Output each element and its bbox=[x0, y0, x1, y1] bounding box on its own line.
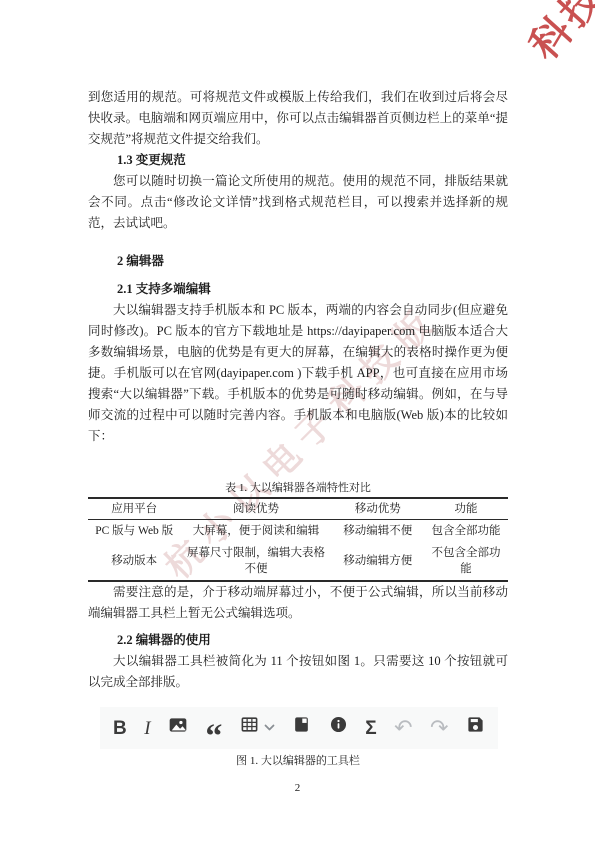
toolbar-figure: B I “ bbox=[100, 707, 498, 749]
table-icon bbox=[240, 715, 259, 741]
paragraph-change-spec: 您可以随时切换一篇论文所使用的规范。使用的规范不同，排版结果就会不同。点击“修改… bbox=[88, 171, 508, 234]
page-number: 2 bbox=[0, 782, 595, 794]
paragraph-continuation: 到您适用的规范。可将规范文件或模版上传给我们，我们在收到过后将会尽快收录。电脑端… bbox=[88, 87, 508, 150]
corner-stamp-watermark: 科技 bbox=[514, 0, 595, 70]
formula-button: Σ bbox=[365, 715, 376, 741]
section-heading-2-1: 2.1 支持多端编辑 bbox=[88, 279, 508, 300]
table-header-platform: 应用平台 bbox=[88, 498, 180, 520]
italic-button: I bbox=[144, 715, 150, 741]
section-heading-2-2: 2.2 编辑器的使用 bbox=[88, 630, 508, 651]
save-button bbox=[466, 715, 485, 741]
document-page: 杭小以电子科技版 科技 到您适用的规范。可将规范文件或模版上传给我们，我们在收到… bbox=[0, 0, 595, 842]
section-heading-2: 2 编辑器 bbox=[88, 251, 508, 272]
table-header-mobility: 移动优势 bbox=[332, 498, 424, 520]
save-icon bbox=[466, 715, 485, 741]
table-header-features: 功能 bbox=[424, 498, 508, 520]
table-caption: 表 1. 大以编辑器各端特性对比 bbox=[88, 481, 508, 495]
comparison-table: 应用平台 阅读优势 移动优势 功能 PC 版与 Web 版 大屏幕，便于阅读和编… bbox=[88, 497, 508, 582]
chevron-down-icon bbox=[264, 718, 275, 739]
table-cell: 屏幕尺寸限制，编辑大表格不便 bbox=[180, 542, 331, 581]
table-row: PC 版与 Web 版 大屏幕，便于阅读和编辑 移动编辑不便 包含全部功能 bbox=[88, 520, 508, 543]
info-button bbox=[329, 715, 348, 741]
table-cell: 移动版本 bbox=[88, 542, 180, 581]
table-row: 移动版本 屏幕尺寸限制，编辑大表格不便 移动编辑方便 不包含全部功能 bbox=[88, 542, 508, 581]
page-content: 到您适用的规范。可将规范文件或模版上传给我们，我们在收到过后将会尽快收录。电脑端… bbox=[88, 87, 508, 768]
table-header-row: 应用平台 阅读优势 移动优势 功能 bbox=[88, 498, 508, 520]
table-cell: 不包含全部功能 bbox=[424, 542, 508, 581]
table-cell: 移动编辑方便 bbox=[332, 542, 424, 581]
table-cell: 大屏幕，便于阅读和编辑 bbox=[180, 520, 331, 543]
paragraph-multi-platform: 大以编辑器支持手机版本和 PC 版本，两端的内容会自动同步(但应避免同时修改)。… bbox=[88, 300, 508, 447]
redo-button: ↷ bbox=[430, 715, 448, 741]
undo-icon: ↶ bbox=[394, 718, 412, 738]
page-icon bbox=[292, 715, 311, 741]
figure-caption: 图 1. 大以编辑器的工具栏 bbox=[88, 754, 508, 768]
page-settings-button bbox=[292, 715, 311, 741]
info-icon bbox=[329, 715, 348, 741]
table-button bbox=[240, 715, 275, 741]
image-button bbox=[168, 715, 188, 741]
image-icon bbox=[168, 715, 188, 742]
paragraph-toolbar-intro: 大以编辑器工具栏被简化为 11 个按钮如图 1。只需要这 10 个按钮就可以完成… bbox=[88, 651, 508, 693]
table-cell: 包含全部功能 bbox=[424, 520, 508, 543]
bold-button: B bbox=[113, 715, 127, 741]
redo-icon: ↷ bbox=[430, 718, 448, 738]
paragraph-note: 需要注意的是，介于移动端屏幕过小，不便于公式编辑，所以当前移动端编辑器工具栏上暂… bbox=[88, 582, 508, 624]
table-header-reading: 阅读优势 bbox=[180, 498, 331, 520]
blockquote-button: “ bbox=[205, 724, 222, 750]
table-cell: PC 版与 Web 版 bbox=[88, 520, 180, 543]
table-cell: 移动编辑不便 bbox=[332, 520, 424, 543]
undo-button: ↶ bbox=[394, 715, 412, 741]
section-heading-1-3: 1.3 变更规范 bbox=[88, 150, 508, 171]
